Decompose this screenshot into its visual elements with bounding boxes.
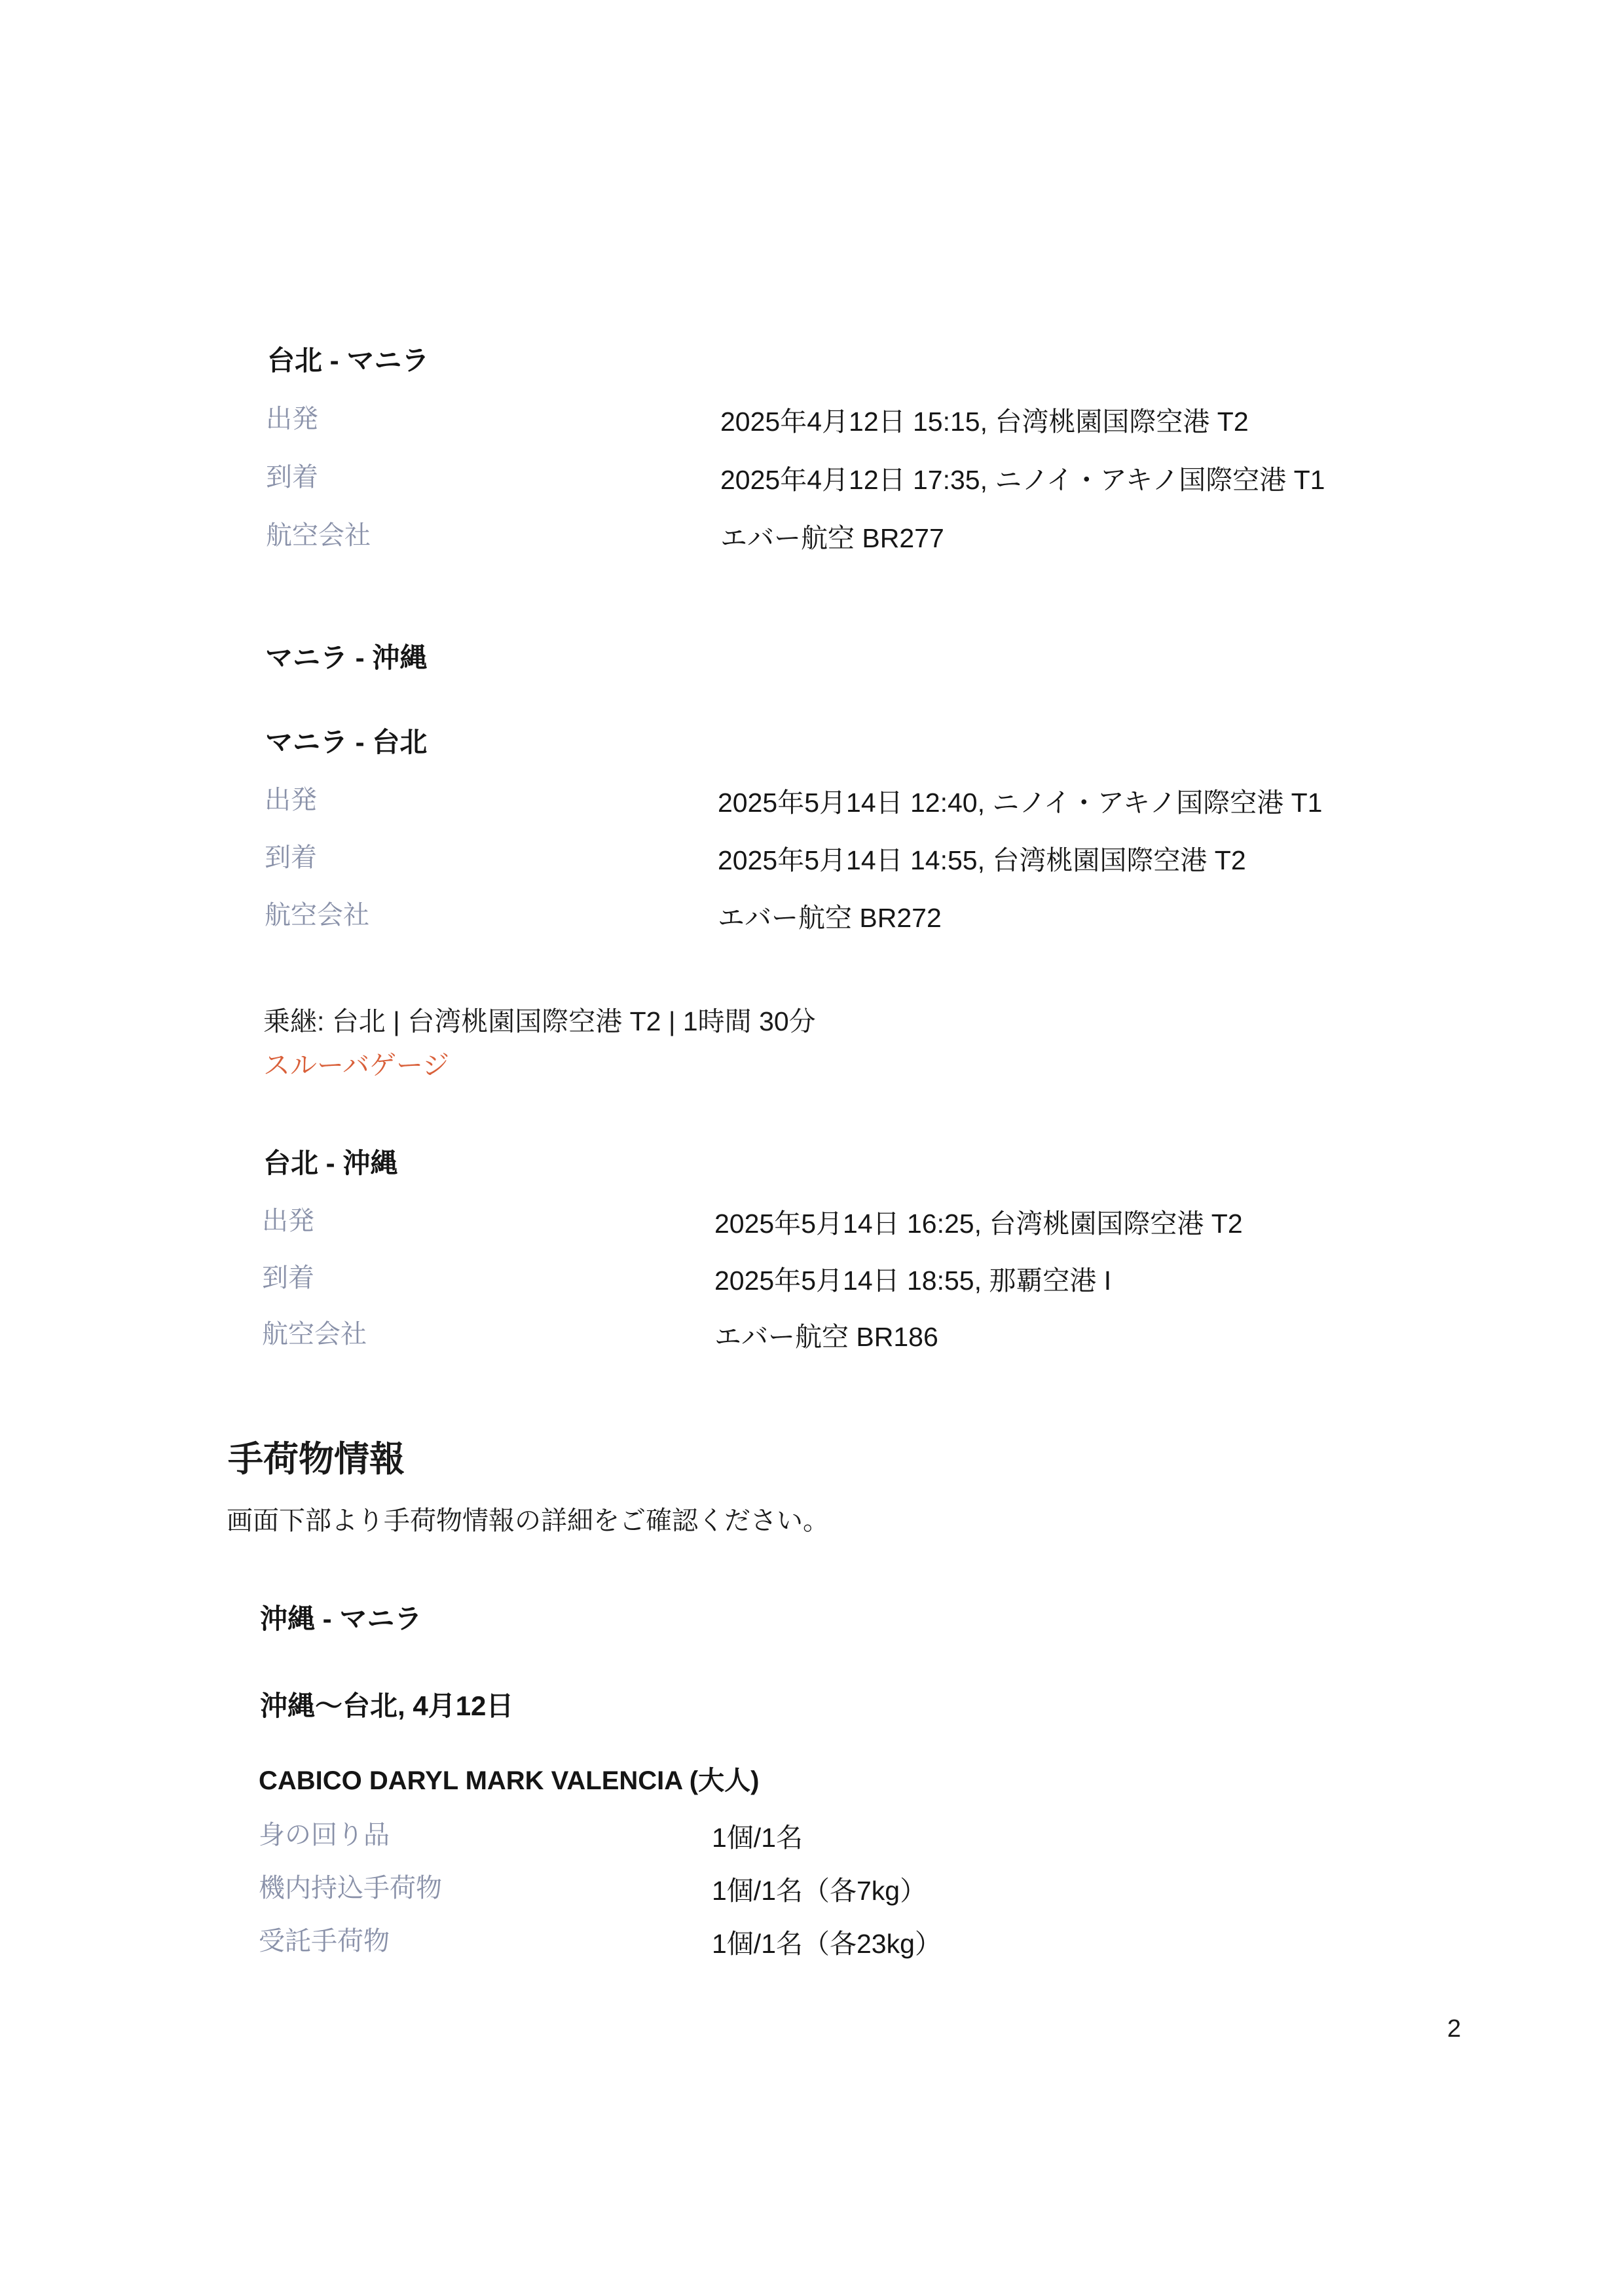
value-airline: エバー航空 BR272 — [718, 905, 942, 932]
value-departure: 2025年4月12日 15:15, 台湾桃園国際空港 T2 — [720, 409, 1249, 435]
label-arrival: 到着 — [265, 845, 317, 871]
value-arrival: 2025年4月12日 17:35, ニノイ・アキノ国際空港 T1 — [720, 467, 1325, 494]
page-number: 2 — [1447, 2016, 1461, 2041]
passenger-name: CABICO DARYL MARK VALENCIA (大人) — [259, 1768, 759, 1794]
value-departure: 2025年5月14日 16:25, 台湾桃園国際空港 T2 — [714, 1211, 1243, 1237]
transfer-info: 乗継: 台北 | 台湾桃園国際空港 T2 | 1時間 30分 — [263, 1008, 816, 1035]
label-personal-item: 身の回り品 — [259, 1822, 390, 1848]
label-arrival: 到着 — [266, 464, 318, 490]
label-checked-baggage: 受託手荷物 — [259, 1928, 390, 1954]
value-airline: エバー航空 BR186 — [714, 1324, 938, 1351]
label-arrival: 到着 — [262, 1265, 314, 1291]
value-departure: 2025年5月14日 12:40, ニノイ・アキノ国際空港 T1 — [718, 790, 1322, 816]
baggage-route-title: 沖縄 - マニラ — [260, 1605, 422, 1633]
label-departure: 出発 — [266, 406, 318, 432]
label-airline: 航空会社 — [265, 902, 369, 928]
label-airline: 航空会社 — [266, 522, 371, 549]
value-checked-baggage: 1個/1名（各23kg） — [712, 1931, 942, 1958]
baggage-leg-title: 沖縄〜台北, 4月12日 — [260, 1692, 513, 1720]
through-baggage-link[interactable]: スルーバゲージ — [263, 1052, 449, 1079]
segment-title-manila-taipei: マニラ - 台北 — [265, 729, 427, 756]
label-departure: 出発 — [262, 1208, 314, 1234]
value-arrival: 2025年5月14日 18:55, 那覇空港 I — [714, 1267, 1111, 1294]
segment-title-manila-okinawa: マニラ - 沖縄 — [265, 644, 427, 672]
baggage-note: 画面下部より手荷物情報の詳細をご確認ください。 — [227, 1508, 829, 1534]
label-airline: 航空会社 — [262, 1321, 367, 1347]
label-carry-on: 機内持込手荷物 — [259, 1875, 442, 1901]
value-personal-item: 1個/1名 — [712, 1825, 803, 1851]
value-arrival: 2025年5月14日 14:55, 台湾桃園国際空港 T2 — [718, 847, 1246, 874]
baggage-heading: 手荷物情報 — [228, 1442, 405, 1477]
value-carry-on: 1個/1名（各7kg） — [712, 1878, 927, 1904]
label-departure: 出発 — [265, 787, 317, 813]
value-airline: エバー航空 BR277 — [720, 525, 944, 552]
segment-title-taipei-manila: 台北 - マニラ — [267, 347, 429, 374]
segment-title-taipei-okinawa: 台北 - 沖縄 — [263, 1150, 397, 1177]
